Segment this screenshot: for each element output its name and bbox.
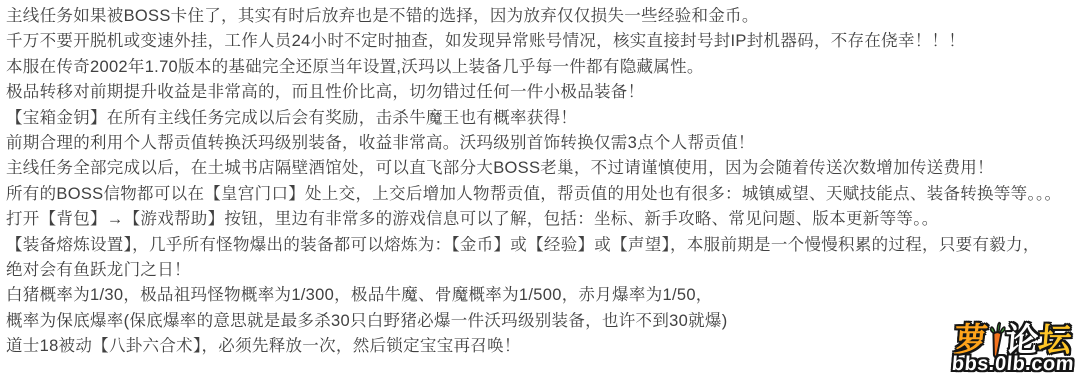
post-text-block: 主线任务如果被BOSS卡住了，其实有时后放弃也是不错的选择，因为放弃仅仅损失一些…	[6, 4, 1090, 360]
text-line-3: 本服在传奇2002年1.70版本的基础完全还原当年设置,沃玛以上装备几乎每一件都…	[6, 55, 1090, 80]
text-line-10: 【装备熔炼设置】，几乎所有怪物爆出的装备都可以熔炼为：【金币】或【经验】或【声望…	[6, 233, 1090, 258]
text-line-14: 道士18被动【八卦六合术】，必须先释放一次，然后锁定宝宝再召唤！	[6, 334, 1090, 359]
text-line-6: 前期合理的利用个人帮贡值转换沃玛级别装备，收益非常高。沃玛级别首饰转换仅需3点个…	[6, 131, 1090, 156]
watermark-logo: 萝 论 坛 bbs.0lb.com	[938, 319, 1088, 381]
text-line-5: 【宝箱金钥】在所有主线任务完成以后会有奖励，击杀牛魔王也有概率获得！	[6, 106, 1090, 131]
text-line-13: 概率为保底爆率(保底爆率的意思就是最多杀30只白野猪必爆一件沃玛级别装备，也许不…	[6, 309, 1090, 334]
text-line-4: 极品转移对前期提升收益是非常高的，而且性价比高，切勿错过任何一件小极品装备！	[6, 80, 1090, 105]
text-line-8: 所有的BOSS信物都可以在【皇宫门口】处上交，上交后增加人物帮贡值，帮贡值的用处…	[6, 182, 1090, 207]
text-line-9: 打开【背包】→【游戏帮助】按钮，里边有非常多的游戏信息可以了解，包括：坐标、新手…	[6, 207, 1090, 232]
text-line-2: 千万不要开脱机或变速外挂，工作人员24小时不定时抽查，如发现异常账号情况，核实直…	[6, 29, 1090, 54]
text-line-12: 白猪概率为1/30，极品祖玛怪物概率为1/300，极品牛魔、骨魔概率为1/500…	[6, 283, 1090, 308]
forum-post-screenshot: { "page": { "background": "#ffffff", "te…	[0, 0, 1090, 385]
text-line-1: 主线任务如果被BOSS卡住了，其实有时后放弃也是不错的选择，因为放弃仅仅损失一些…	[6, 4, 1090, 29]
text-line-11: 绝对会有鱼跃龙门之日！	[6, 258, 1090, 283]
watermark-domain: bbs.0lb.com	[937, 352, 1089, 376]
text-line-7: 主线任务全部完成以后，在土城书店隔壁酒馆处，可以直飞部分大BOSS老巢，不过请谨…	[6, 156, 1090, 181]
